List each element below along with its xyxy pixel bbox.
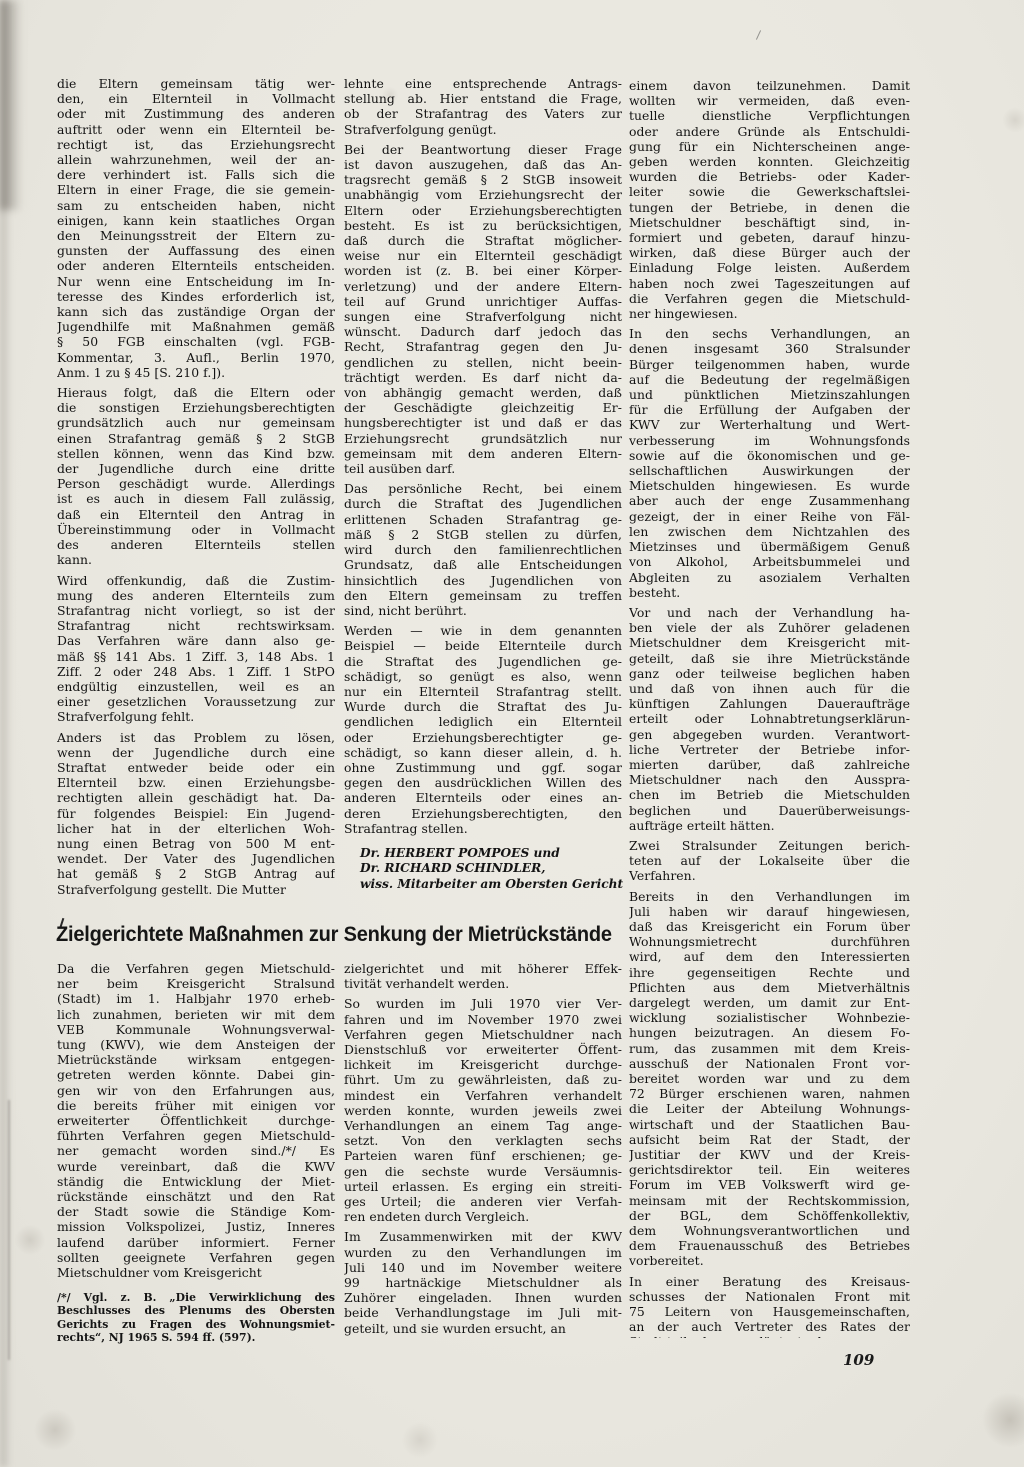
text-line: kann.: [57, 552, 335, 567]
text-line: wirken, daß diese Bürger auch der: [629, 245, 910, 260]
text-line: auf die Bedeutung der regelmäßigen: [629, 372, 910, 387]
text-line: Anders ist das Problem zu lösen,: [57, 730, 335, 745]
text-line: Mietrückstände wirksam entgegen-: [57, 1052, 335, 1067]
text-line: teresse des Kindes erforderlich ist,: [57, 289, 335, 304]
text-line: Ziff. 2 oder 248 Abs. 1 Ziff. 1 StPO: [57, 664, 335, 679]
text-line: Juli 140 und im November weitere: [344, 1260, 622, 1275]
text-line: stellen können, wenn das Kind bzw.: [57, 446, 335, 461]
text-line: die Verfahren gegen die Mietschuld-: [629, 291, 910, 306]
text-line: mierten darüber, daß zahlreiche: [629, 757, 910, 772]
text-line: für die Erfüllung der Aufgaben der: [629, 402, 910, 417]
text-line: Eltern oder Erziehungsberechtigten: [344, 203, 622, 218]
text-line: wurden die Betriebs- oder Kader-: [629, 169, 910, 184]
text-line: mission Volkspolizei, Justiz, Inneres: [57, 1219, 335, 1234]
text-line: der BGL, dem Schöffenkollektiv,: [629, 1208, 910, 1223]
text-line: tivität verhandelt werden.: [344, 976, 622, 991]
text-line: und pünktlichen Mietzinszahlungen: [629, 387, 910, 402]
text-line: ist davon auszugehen, daß das An-: [344, 157, 622, 172]
text-line: So wurden im Juli 1970 vier Ver-: [344, 996, 622, 1011]
text-line: Straftat entweder beide oder ein: [57, 760, 335, 775]
text-line: Strafverfolgung gestellt. Die Mutter: [57, 882, 335, 897]
text-line: KWV zur Werterhaltung und Wert-: [629, 417, 910, 432]
text-line: Erziehungsrecht grundsätzlich nur: [344, 431, 622, 446]
text-line: Mietschulden hingewiesen. Es wurde: [629, 478, 910, 493]
text-line: erlittenen Schaden Strafantrag ge-: [344, 512, 622, 527]
text-line: Da die Verfahren gegen Mietschuld-: [57, 961, 335, 976]
text-line: len zwischen dem Nichtzahlen des: [629, 524, 910, 539]
text-line: tung (KWV), wie dem Ansteigen der: [57, 1037, 335, 1052]
text-line: nur ein Elternteil Strafantrag stellt.: [344, 684, 622, 699]
scan-shadow-left-edge: [0, 0, 12, 1467]
text-line: daß das Kreisgericht ein Forum über: [629, 919, 910, 934]
text-line: oder mit Zustimmung des anderen: [57, 106, 335, 121]
text-line: einer gesetzlichen Voraussetzung zur: [57, 694, 335, 709]
text-line: vorbereitet.: [629, 1253, 910, 1268]
text-line: schädigt, so kann dieser allein, d. h.: [344, 745, 622, 760]
text-line: Anm. 1 zu § 45 [S. 210 f.]).: [57, 365, 335, 380]
text-line: fahren und im November 1970 zwei: [344, 1012, 622, 1027]
text-line: gendlichen zu stellen, nicht beein-: [344, 355, 622, 370]
text-line: wird, auf dem den Interessierten: [629, 949, 910, 964]
signature-line: Dr. RICHARD SCHINDLER,: [360, 861, 625, 876]
text-line: sam zu entscheiden haben, nicht: [57, 198, 335, 213]
author-signature: Dr. HERBERT POMPOES undDr. RICHARD SCHIN…: [360, 846, 625, 892]
text-line: Wohnungsmietrecht durchführen: [629, 934, 910, 949]
text-line: Mietschuldner beschäftigt sind, in-: [629, 215, 910, 230]
text-line: Wird offenkundig, daß die Zustim-: [57, 573, 335, 588]
text-line: besteht.: [629, 585, 910, 600]
text-line: verletzung) und der andere Eltern-: [344, 279, 622, 294]
text-line: von abhängig gemacht werden, daß: [344, 385, 622, 400]
text-line: den Meinungsstreit der Eltern zu-: [57, 228, 335, 243]
text-line: setzt. Von den verklagten sechs: [344, 1133, 622, 1148]
text-line: wicklung sozialistischer Wohnbezie-: [629, 1010, 910, 1025]
text-line: dargelegt werden, um damit zur Ent-: [629, 995, 910, 1010]
text-line: nung einen Betrag von 500 M ent-: [57, 836, 335, 851]
text-line: chen im Betrieb die Mietschulden: [629, 787, 910, 802]
article-bottom-column-1: Da die Verfahren gegen Mietschuld-ner be…: [57, 961, 335, 1285]
text-line: Einladung Folge leisten. Außerdem: [629, 260, 910, 275]
text-line: teil auf Grund unrichtiger Auffas-: [344, 294, 622, 309]
text-line: wurde vereinbart, daß die KWV: [57, 1159, 335, 1174]
text-line: liche Vertreter der Betriebe infor-: [629, 742, 910, 757]
text-line: Beispiel — beide Elternteile durch: [344, 638, 622, 653]
text-line: der Geschädigte gleichzeitig Er-: [344, 400, 622, 415]
text-line: Bürger teilgenommen haben, wurde: [629, 357, 910, 372]
text-line: die Leiter der Abteilung Wohnungs-: [629, 1101, 910, 1116]
text-line: Mietschuldner nach den Ausspra-: [629, 772, 910, 787]
text-line: tungen der Betriebe, in denen die: [629, 200, 910, 215]
text-line: Strafantrag stellen.: [344, 821, 622, 836]
section-heading: Zielgerichtete Maßnahmen zur Senkung der…: [56, 923, 631, 947]
text-line: die bereits früher mit einigen vor: [57, 1098, 335, 1113]
text-line: tragsrecht gemäß § 2 StGB insoweit: [344, 172, 622, 187]
article-bottom-column-2: zielgerichtet und mit höherer Effek-tivi…: [344, 961, 622, 1341]
text-line: Werden — wie in dem genannten: [344, 623, 622, 638]
text-line: und daß von ihnen auch für die: [629, 681, 910, 696]
text-line: oder anderen Elternteils entscheiden.: [57, 258, 335, 273]
text-line: lich zunahmen, berieten wir mit dem: [57, 1007, 335, 1022]
text-line: schusses der Nationalen Front mit: [629, 1289, 910, 1304]
text-line: Bei der Beantwortung dieser Frage: [344, 142, 622, 157]
text-line: In einer Beratung des Kreisaus-: [629, 1274, 910, 1289]
text-line: (Stadt) im 1. Halbjahr 1970 erheb-: [57, 991, 335, 1006]
text-line: Pflichten aus dem Mietverhältnis: [629, 980, 910, 995]
text-line: Zuhörer eingeladen. Ihnen wurden: [344, 1290, 622, 1305]
text-line: Übereinstimmung oder in Vollmacht: [57, 522, 335, 537]
text-line: wird durch den familienrechtlichen: [344, 542, 622, 557]
text-line: § 50 FGB einschalten (vgl. FGB-: [57, 334, 335, 349]
text-line: 75 Leitern von Hausgemeinschaften,: [629, 1304, 910, 1319]
text-line: des anderen Elternteils stellen: [57, 537, 335, 552]
text-line: mäß § 2 StGB stellen zu dürfen,: [344, 527, 622, 542]
text-line: einen Strafantrag gemäß § 2 StGB: [57, 431, 335, 446]
footnote: /*/ Vgl. z. B. „Die Verwirklichung desBe…: [57, 1291, 335, 1345]
article-top-column-2: lehnte eine entsprechende Antrags-stellu…: [344, 76, 622, 848]
text-line: beglichen und Dauerüberweisungs-: [629, 803, 910, 818]
text-line: oder andere Gründe als Entschuldi-: [629, 124, 910, 139]
text-line: Recht, Strafantrag gegen den Ju-: [344, 339, 622, 354]
text-line: ist es auch in diesem Fall zulässig,: [57, 491, 335, 506]
text-line: dem Wohnungsverantwortlichen und: [629, 1223, 910, 1238]
text-line: der Stadt sowie die Ständige Kom-: [57, 1204, 335, 1219]
text-line: wurden zu den Verhandlungen im: [344, 1245, 622, 1260]
text-line: denen insgesamt 360 Stralsunder: [629, 341, 910, 356]
text-line: geben werden konnten. Gleichzeitig: [629, 154, 910, 169]
text-line: Stadt teilnahmen, erläuterte der: [629, 1334, 910, 1338]
article-top-column-1: die Eltern gemeinsam tätig wer-den, ein …: [57, 76, 335, 908]
text-line: wollten wir vermeiden, daß even-: [629, 93, 910, 108]
text-line: erweiterter Öffentlichkeit durchge-: [57, 1113, 335, 1128]
scan-crease-line: [8, 1100, 10, 1360]
text-line: laufend darüber informiert. Ferner: [57, 1235, 335, 1250]
text-line: führten Verfahren gegen Mietschuld-: [57, 1128, 335, 1143]
text-line: rechtigt ist, das Erziehungsrecht: [57, 137, 335, 152]
text-line: hungsberechtigter ist und daß er das: [344, 415, 622, 430]
text-line: meinsam mit der Rechtskommission,: [629, 1193, 910, 1208]
text-line: gegen den ausdrücklichen Willen des: [344, 775, 622, 790]
text-line: sowie auf die ökonomischen und ge-: [629, 448, 910, 463]
text-line: Kommentar, 3. Aufl., Berlin 1970,: [57, 350, 335, 365]
text-line: ner beim Kreisgericht Stralsund: [57, 976, 335, 991]
text-line: Strafverfolgung fehlt.: [57, 709, 335, 724]
text-line: ren endeten durch Vergleich.: [344, 1209, 622, 1224]
text-line: wenn der Jugendliche durch eine: [57, 745, 335, 760]
text-line: ner hingewiesen.: [629, 306, 910, 321]
text-line: getreten werden könnte. Dabei gin-: [57, 1067, 335, 1082]
text-line: Strafantrag nicht vorliegt, so ist der: [57, 603, 335, 618]
text-line: Jugendhilfe mit Maßnahmen gemäß: [57, 319, 335, 334]
text-line: Im Zusammenwirken mit der KWV: [344, 1229, 622, 1244]
text-line: mung des anderen Elternteils zum: [57, 588, 335, 603]
text-line: gunsten der Auffassung des einen: [57, 243, 335, 258]
text-line: der Jugendliche durch eine dritte: [57, 461, 335, 476]
text-line: mäß §§ 141 Abs. 1 Ziff. 3, 148 Abs. 1: [57, 649, 335, 664]
text-line: gen abgegeben wurden. Verantwort-: [629, 727, 910, 742]
text-line: Forum im VEB Volkswerft wird ge-: [629, 1177, 910, 1192]
text-line: aufträge erteilt hätten.: [629, 818, 910, 833]
text-line: deren Erziehungsberechtigten, den: [344, 806, 622, 821]
text-line: Strafantrag nicht rechtswirksam.: [57, 618, 335, 633]
scanned-journal-page: die Eltern gemeinsam tätig wer-den, ein …: [0, 0, 1024, 1467]
text-line: tuelle dienstliche Verpflichtungen: [629, 108, 910, 123]
text-line: 72 Bürger erschienen waren, nahmen: [629, 1086, 910, 1101]
text-line: besteht. Es ist zu berücksichtigen,: [344, 218, 622, 233]
text-line: allein wahrzunehmen, weil der an-: [57, 152, 335, 167]
text-line: den, ein Elternteil in Vollmacht: [57, 91, 335, 106]
text-line: worden ist (z. B. bei einer Körper-: [344, 263, 622, 278]
text-line: Das Verfahren wäre dann also ge-: [57, 633, 335, 648]
text-line: licher hat in der elterlichen Woh-: [57, 821, 335, 836]
signature-line: wiss. Mitarbeiter am Obersten Gericht: [360, 877, 625, 892]
text-line: den Eltern gemeinsam zu treffen: [344, 588, 622, 603]
text-line: ausschuß der Nationalen Front vor-: [629, 1056, 910, 1071]
text-line: gen die sechste wurde Versäumnis-: [344, 1164, 622, 1179]
text-line: führt. Um zu gewährleisten, daß zu-: [344, 1072, 622, 1087]
text-line: beide Verhandlungstage im Juli mit-: [344, 1305, 622, 1320]
text-line: schädigt, so genügt es also, wenn: [344, 669, 622, 684]
text-line: daß ein Elternteil den Antrag in: [57, 507, 335, 522]
text-line: sellschaftlichen Auswirkungen der: [629, 463, 910, 478]
text-line: Zwei Stralsunder Zeitungen berich-: [629, 838, 910, 853]
text-line: ben viele der als Zuhörer geladenen: [629, 620, 910, 635]
text-line: künftigen Zahlungen Daueraufträge: [629, 696, 910, 711]
text-line: rechts“, NJ 1965 S. 594 ff. (597).: [57, 1331, 335, 1344]
text-line: rechtigten allein geschädigt hat. Da-: [57, 790, 335, 805]
text-line: Verfahren gegen Mietschuldner nach: [344, 1027, 622, 1042]
text-line: daß durch die Straftat möglicher-: [344, 233, 622, 248]
text-line: Mietschuldner dem Kreisgericht mit-: [629, 635, 910, 650]
text-line: grundsätzlich auch nur gemeinsam: [57, 415, 335, 430]
text-line: Bereits in den Verhandlungen im: [629, 889, 910, 904]
text-line: 99 hartnäckige Mietschuldner als: [344, 1275, 622, 1290]
scan-tick-artifact: [756, 30, 761, 39]
text-line: gerichtsdirektor teil. Ein weiteres: [629, 1162, 910, 1177]
text-line: Elternteil bzw. einen Erziehungsbe-: [57, 775, 335, 790]
text-line: VEB Kommunale Wohnungsverwal-: [57, 1022, 335, 1037]
text-line: gen wir von den Erfahrungen aus,: [57, 1083, 335, 1098]
text-line: Mietzinses und übermäßigem Genuß: [629, 539, 910, 554]
text-line: auftritt oder wenn ein Elternteil be-: [57, 122, 335, 137]
text-line: kann sich das zuständige Organ der: [57, 304, 335, 319]
text-line: Verhandlungen an einem Tag ange-: [344, 1118, 622, 1133]
text-line: rückstände einschätzt und den Rat: [57, 1189, 335, 1204]
text-line: anderen Elternteils oder eines an-: [344, 790, 622, 805]
text-line: gendlichen lediglich ein Elternteil: [344, 714, 622, 729]
text-line: Parteien waren fünf erschienen; ge-: [344, 1148, 622, 1163]
text-line: aber auch der enge Zusammenhang: [629, 493, 910, 508]
text-line: teil ausüben darf.: [344, 461, 622, 476]
text-line: trächtigt werden. Es darf nicht da-: [344, 370, 622, 385]
text-line: ges Urteil; die anderen vier Verfah-: [344, 1194, 622, 1209]
text-line: ihre gegenseitigen Rechte und: [629, 965, 910, 980]
text-line: /*/ Vgl. z. B. „Die Verwirklichung des: [57, 1291, 335, 1304]
text-line: Dienstschluß vor erweiterter Öffent-: [344, 1042, 622, 1057]
text-line: unabhängig vom Erziehungsrecht der: [344, 187, 622, 202]
text-line: Gerichts zu Fragen des Wohnungsmiet-: [57, 1318, 335, 1331]
text-line: ohne Zustimmung und ggf. sogar: [344, 760, 622, 775]
text-line: gemeinsam mit dem anderen Eltern-: [344, 446, 622, 461]
text-line: sungen eine Strafverfolgung nicht: [344, 309, 622, 324]
text-line: einigen, kann kein staatliches Organ: [57, 213, 335, 228]
text-line: hinsichtlich des Jugendlichen von: [344, 573, 622, 588]
text-line: hungen beizutragen. An diesem Fo-: [629, 1025, 910, 1040]
text-line: sind, nicht berührt.: [344, 603, 622, 618]
text-line: dem Frauenausschuß des Betriebes: [629, 1238, 910, 1253]
text-line: gung für ein Nichterscheinen ange-: [629, 139, 910, 154]
text-line: an der auch Vertreter des Rates der: [629, 1319, 910, 1334]
text-line: urteil erlassen. Es erging ein streiti-: [344, 1179, 622, 1194]
text-line: Justitiar der KWV und der Kreis-: [629, 1147, 910, 1162]
text-line: dere verhindert ist. Falls sich die: [57, 167, 335, 182]
text-line: weise nur ein Elternteil geschädigt: [344, 248, 622, 263]
text-line: Person geschädigt wurde. Allerdings: [57, 476, 335, 491]
text-line: verbesserung im Wohnungsfonds: [629, 433, 910, 448]
text-line: die Straftat des Jugendlichen ge-: [344, 654, 622, 669]
text-line: Strafverfolgung genügt.: [344, 122, 622, 137]
text-line: teten auf der Lokalseite über die: [629, 853, 910, 868]
text-line: aufsicht beim Rat der Stadt, der: [629, 1132, 910, 1147]
text-line: Hieraus folgt, daß die Eltern oder: [57, 385, 335, 400]
text-line: ob der Strafantrag des Vaters zur: [344, 106, 622, 121]
text-line: gezeigt, der in einer Reihe von Fäl-: [629, 509, 910, 524]
text-line: die Eltern gemeinsam tätig wer-: [57, 76, 335, 91]
text-line: wünscht. Dadurch darf jedoch das: [344, 324, 622, 339]
text-line: erteilt oder Lohnabtretungserklärun-: [629, 711, 910, 726]
text-line: leiter sowie die Gewerkschaftslei-: [629, 184, 910, 199]
text-line: mindest ein Verfahren verhandelt: [344, 1088, 622, 1103]
text-line: Beschlusses des Plenums des Obersten: [57, 1304, 335, 1317]
text-line: geteilt, daß sie ihre Mietrückstände: [629, 651, 910, 666]
text-line: von Alkohol, Arbeitsbummelei und: [629, 554, 910, 569]
text-line: Abgleiten zu asozialem Verhalten: [629, 570, 910, 585]
text-line: Das persönliche Recht, bei einem: [344, 481, 622, 496]
text-line: einem davon teilzunehmen. Damit: [629, 78, 910, 93]
article-right-column: einem davon teilzunehmen. Damitwollten w…: [629, 78, 910, 1338]
text-line: zielgerichtet und mit höherer Effek-: [344, 961, 622, 976]
text-line: oder Erziehungsberechtigter ge-: [344, 730, 622, 745]
text-line: formiert und gebeten, darauf hinzu-: [629, 230, 910, 245]
text-line: endgültig einzustellen, weil es an: [57, 679, 335, 694]
text-line: bereitet worden war und zu dem: [629, 1071, 910, 1086]
text-line: Juli haben wir darauf hingewiesen,: [629, 904, 910, 919]
text-line: Wurde durch die Straftat des Ju-: [344, 699, 622, 714]
text-line: stellung ab. Hier entstand die Frage,: [344, 91, 622, 106]
text-line: durch die Straftat des Jugendlichen: [344, 496, 622, 511]
text-line: lehnte eine entsprechende Antrags-: [344, 76, 622, 91]
text-line: lichkeit im Kreisgericht durchge-: [344, 1057, 622, 1072]
text-line: Verfahren.: [629, 868, 910, 883]
text-line: haben noch zwei Tageszeitungen auf: [629, 276, 910, 291]
text-line: sollten geeignete Verfahren gegen: [57, 1250, 335, 1265]
text-line: wirtschaft und der Staatlichen Bau-: [629, 1117, 910, 1132]
text-line: ständig die Entwicklung der Miet-: [57, 1174, 335, 1189]
text-line: für folgendes Beispiel: Ein Jugend-: [57, 806, 335, 821]
text-line: Vor und nach der Verhandlung ha-: [629, 605, 910, 620]
text-line: werden konnte, wurden jeweils zwei: [344, 1103, 622, 1118]
text-line: Mietschuldner vom Kreisgericht: [57, 1265, 335, 1280]
text-line: Eltern in einer Frage, die sie gemein-: [57, 182, 335, 197]
text-line: rum, das zusammen mit dem Kreis-: [629, 1041, 910, 1056]
text-line: ganz oder teilweise beglichen haben: [629, 666, 910, 681]
signature-line: Dr. HERBERT POMPOES und: [360, 846, 625, 861]
text-line: Grundsatz, daß alle Entscheidungen: [344, 557, 622, 572]
text-line: wendet. Der Vater des Jugendlichen: [57, 851, 335, 866]
text-line: geteilt, und sie wurden ersucht, an: [344, 1321, 622, 1336]
text-line: In den sechs Verhandlungen, an: [629, 326, 910, 341]
page-number: 109: [843, 1351, 903, 1369]
text-line: hat gemäß § 2 StGB Antrag auf: [57, 866, 335, 881]
text-line: Nur wenn eine Entscheidung im In-: [57, 274, 335, 289]
text-line: ner gemacht worden sind./*/ Es: [57, 1143, 335, 1158]
text-line: die sonstigen Erziehungsberechtigten: [57, 400, 335, 415]
